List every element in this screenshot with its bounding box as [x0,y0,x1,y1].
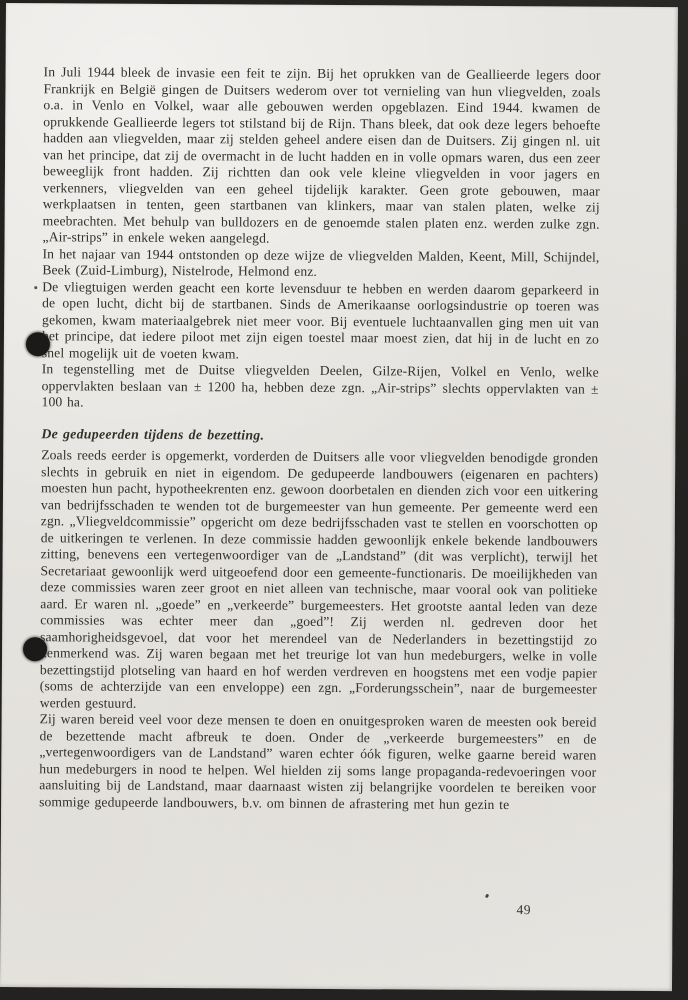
document-page: In Juli 1944 bleek de invasie een feit t… [0,3,678,991]
paragraph-airfields-list: In het najaar van 1944 ontstonden op dez… [42,246,599,282]
paragraph-airstrip-size: In tegenstelling met de Duitse vliegveld… [42,361,599,414]
scan-background: In Juli 1944 bleek de invasie een feit t… [0,0,688,1000]
paragraph-mayors: Zij waren bereid veel voor deze mensen t… [39,711,597,813]
hole-punch-top-icon [26,332,50,356]
scan-speck [485,893,490,898]
paragraph-commission: Zoals reeds eerder is opgemerkt, vorderd… [40,447,599,714]
section-heading: De gedupeerden tijdens de bezetting. [41,426,598,446]
page-number: 49 [516,902,531,918]
scan-speck [34,286,37,289]
text-block: In Juli 1944 bleek de invasie een feit t… [39,64,601,813]
paragraph-invasion-1944: In Juli 1944 bleek de invasie een feit t… [43,64,601,249]
hole-punch-bottom-icon [23,637,47,661]
paragraph-aircraft-parking: De vliegtuigen werden geacht een korte l… [42,279,599,365]
